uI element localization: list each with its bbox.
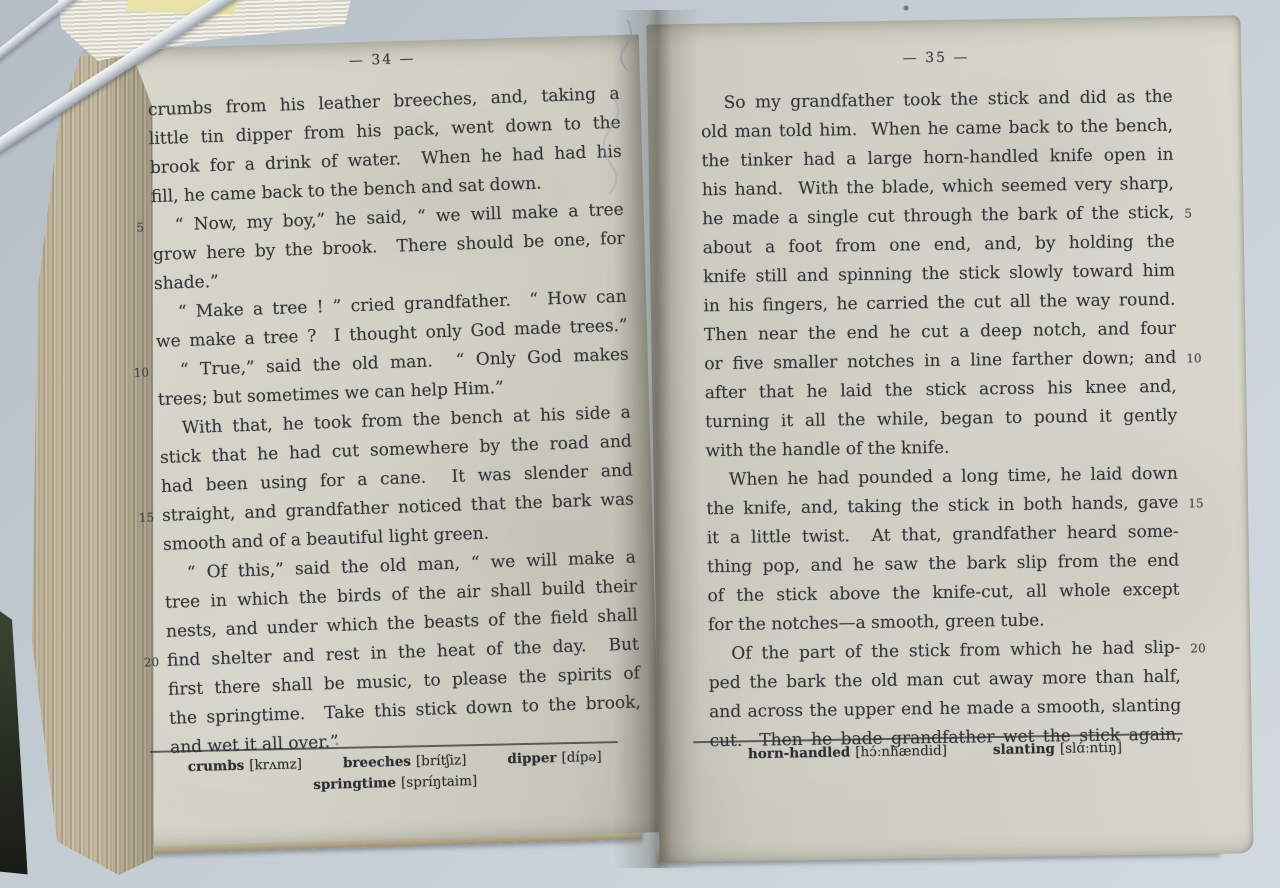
footnote-word: dipper: [507, 750, 557, 767]
footnote-entry: breeches[brítʃiz]: [343, 752, 467, 771]
footnote-word: horn-handled: [748, 744, 851, 762]
line-number: 5: [116, 213, 145, 243]
line-number: 15: [1188, 489, 1216, 518]
right-page-text: — 35 — So my grandfather took the stick …: [700, 47, 1182, 757]
footnote-phonetics: [hɔ́ːnhændid]: [855, 743, 947, 761]
footnote-entry: dipper[dípə]: [507, 749, 602, 767]
line-number: 10: [121, 358, 150, 388]
footnote-phonetics: [krʌmz]: [249, 756, 302, 773]
footnote-entry: crumbs[krʌmz]: [188, 756, 303, 775]
footnote-word: crumbs: [188, 758, 245, 775]
footnote-word: springtime: [313, 775, 396, 793]
line-number: 15: [126, 503, 155, 533]
book-photo: — 34 — crumbs from his leather breeches,…: [0, 0, 1280, 888]
line-number: 20: [131, 648, 160, 678]
footnote-phonetics: [slɑ́ːntiŋ]: [1060, 740, 1122, 757]
footnote-phonetics: [dípə]: [561, 749, 602, 766]
right-page-lines: So my grandfather took the stick and did…: [701, 83, 1182, 757]
footnote-phonetics: [spríŋtaim]: [401, 773, 478, 791]
line-number: 10: [1186, 344, 1214, 373]
line-number: 5: [1184, 199, 1212, 228]
line-number: 20: [1190, 634, 1218, 663]
left-page-text: — 34 — crumbs from his leather breeches,…: [146, 44, 642, 763]
footnote-entry: slanting[slɑ́ːntiŋ]: [993, 740, 1122, 758]
footnote-word: slanting: [993, 741, 1055, 758]
footnote-phonetics: [brítʃiz]: [416, 752, 467, 769]
footnote-word: breeches: [343, 754, 411, 772]
left-page-lines: crumbs from his leather breeches, and, t…: [147, 80, 642, 763]
